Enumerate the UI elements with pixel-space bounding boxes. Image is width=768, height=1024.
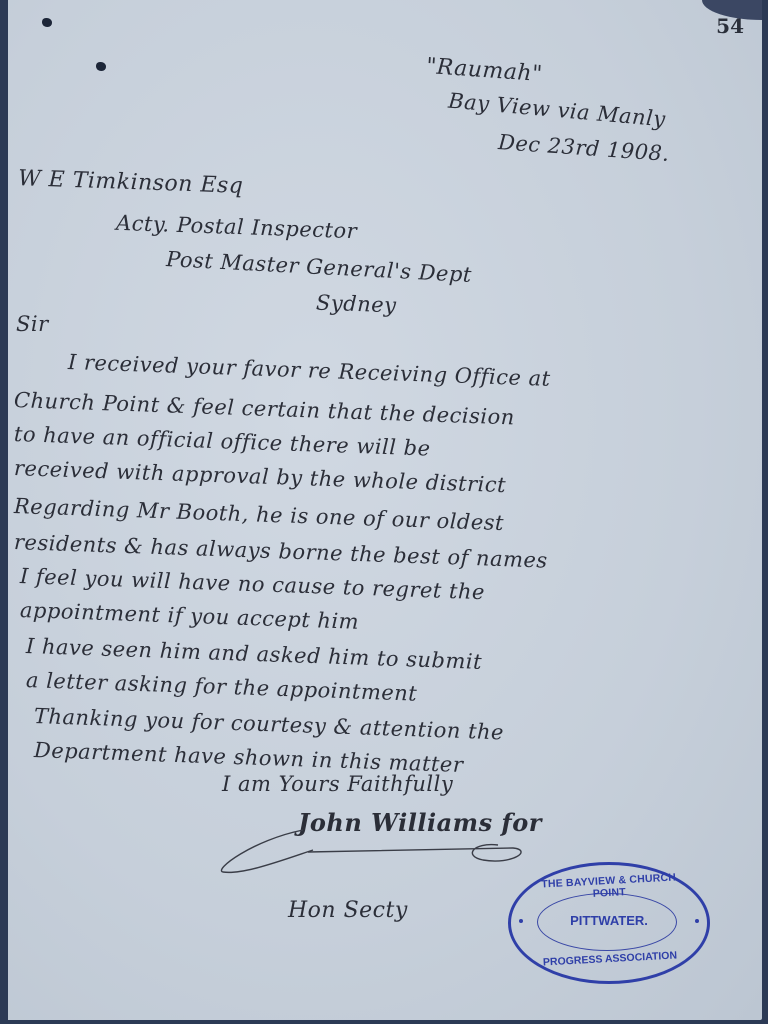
body-line: received with approval by the whole dist…: [14, 456, 507, 497]
page-number: 54: [716, 14, 744, 38]
closing: I am Yours Faithfully: [222, 772, 453, 796]
body-line: Regarding Mr Booth, he is one of our old…: [14, 494, 505, 535]
signature-flourish: [213, 820, 533, 880]
stamp-top-text: THE BAYVIEW & CHURCH POINT: [530, 871, 687, 903]
addressee-city: Sydney: [316, 291, 397, 318]
body-line: to have an official office there will be: [14, 422, 431, 461]
letter-date: Dec 23rd 1908.: [497, 130, 670, 166]
addressee-name: W E Timkinson Esq: [18, 166, 244, 199]
signature-title: Hon Secty: [288, 898, 408, 923]
stamp-bottom-text: PROGRESS ASSOCIATION: [527, 949, 693, 970]
progress-association-stamp: THE BAYVIEW & CHURCH POINT PITTWATER. PR…: [508, 862, 710, 984]
addressee-department: Post Master General's Dept: [166, 247, 473, 287]
body-line: Thanking you for courtesy & attention th…: [34, 704, 505, 744]
stamp-center-text: PITTWATER.: [511, 913, 707, 928]
letter-page: 54 "Raumah" Bay View via Manly Dec 23rd …: [8, 0, 762, 1020]
sender-address: Bay View via Manly: [447, 89, 666, 132]
punch-hole-mark: [42, 18, 52, 27]
body-line: I feel you will have no cause to regret …: [20, 564, 486, 604]
body-line: appointment if you accept him: [20, 598, 360, 634]
stamp-dot: [695, 919, 699, 923]
body-line: I have seen him and asked him to submit: [26, 634, 483, 674]
house-name: "Raumah": [425, 54, 543, 87]
stamp-dot: [519, 919, 523, 923]
addressee-title: Acty. Postal Inspector: [116, 211, 358, 243]
punch-hole-mark: [96, 62, 106, 71]
salutation: Sir: [16, 312, 49, 336]
body-line: a letter asking for the appointment: [26, 668, 418, 706]
body-line: Church Point & feel certain that the dec…: [14, 388, 516, 429]
body-line: I received your favor re Receiving Offic…: [68, 350, 551, 391]
